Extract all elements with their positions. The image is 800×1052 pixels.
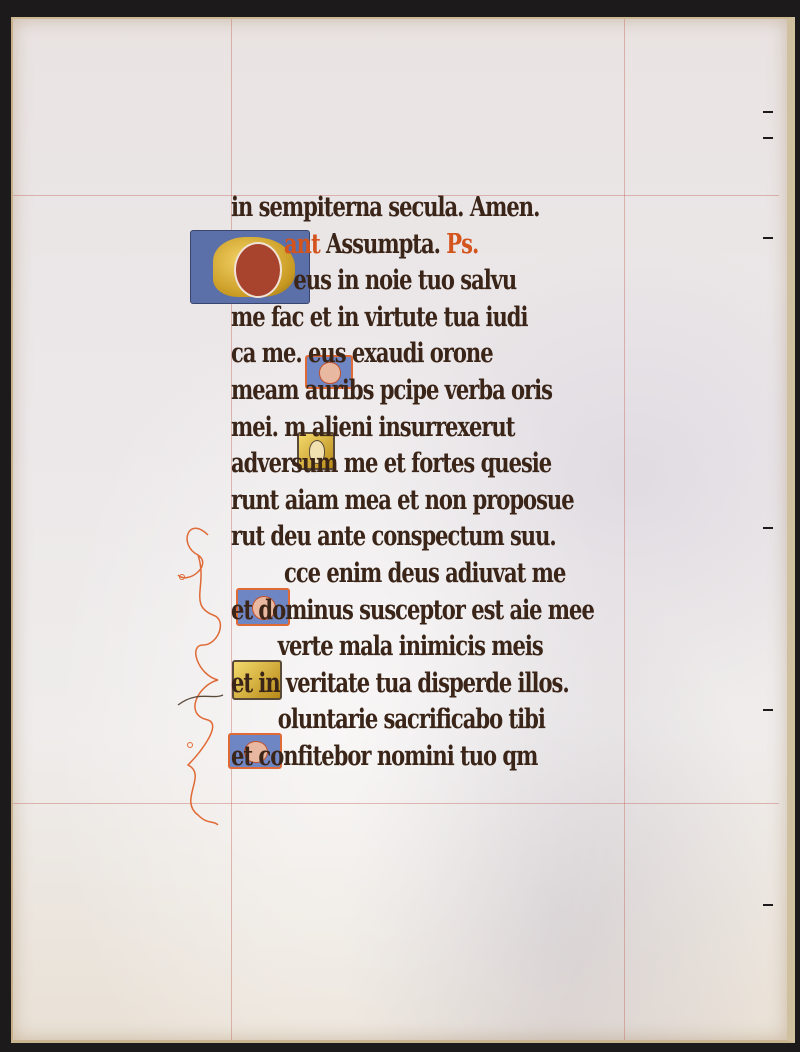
line-text: et in veritate tua disperde illos.	[231, 668, 569, 699]
line-text: ca me. eus exaudi orone	[231, 338, 493, 369]
text-line: verte mala inimicis meis	[231, 629, 543, 666]
edge-notch	[763, 137, 773, 139]
text-line: in sempiterna secula. Amen.	[231, 190, 543, 227]
ruling-bottom	[13, 803, 779, 804]
text-line: rut deu ante conspectum suu.	[231, 519, 543, 556]
text-line: et dominus susceptor est aie mee	[231, 593, 543, 630]
text-line: me fac et in virtute tua iudi	[231, 300, 543, 337]
text-line: adversum me et fortes quesie	[231, 446, 543, 483]
text-column: in sempiterna secula. Amen. ant Assumpta…	[231, 190, 631, 776]
text-line: cce enim deus adiuvat me	[231, 556, 543, 593]
line-text: et confitebor nomini tuo qm	[231, 741, 537, 772]
line-text: adversum me et fortes quesie	[231, 448, 551, 479]
text-line: et confitebor nomini tuo qm	[231, 739, 543, 776]
text-line: eus in noie tuo salvu	[231, 263, 543, 300]
line-text: meam auribs pcipe verba oris	[231, 375, 552, 406]
text-line: ca me. eus exaudi orone	[231, 336, 543, 373]
line-text: mei. m alieni insurrexerut	[231, 412, 514, 443]
marginal-penwork	[168, 515, 238, 835]
line-text: runt aiam mea et non proposue	[231, 485, 574, 516]
text-line: runt aiam mea et non proposue	[231, 483, 543, 520]
line-text: verte mala inimicis meis	[278, 631, 543, 662]
edge-notch	[763, 527, 773, 529]
text-line: et in veritate tua disperde illos.	[231, 666, 543, 703]
line-text: Assumpta.	[326, 229, 440, 260]
line-text: eus in noie tuo salvu	[293, 265, 516, 296]
text-line: oluntarie sacrificabo tibi	[231, 702, 543, 739]
line-text: in sempiterna secula. Amen.	[231, 192, 539, 223]
line-text: oluntarie sacrificabo tibi	[278, 704, 545, 735]
line-text: cce enim deus adiuvat me	[284, 558, 565, 589]
text-line: meam auribs pcipe verba oris	[231, 373, 543, 410]
edge-notch	[763, 237, 773, 239]
rubric-antiphon: ant	[284, 229, 320, 260]
line-text: me fac et in virtute tua iudi	[231, 302, 527, 333]
text-line: mei. m alieni insurrexerut	[231, 410, 543, 447]
text-line: ant Assumpta. Ps.	[231, 227, 543, 264]
line-text: rut deu ante conspectum suu.	[231, 521, 556, 552]
edge-notch	[763, 709, 773, 711]
line-text: et dominus susceptor est aie mee	[231, 595, 594, 626]
edge-notch	[763, 904, 773, 906]
edge-notch	[763, 111, 773, 113]
rubric-psalm: Ps.	[446, 229, 478, 260]
